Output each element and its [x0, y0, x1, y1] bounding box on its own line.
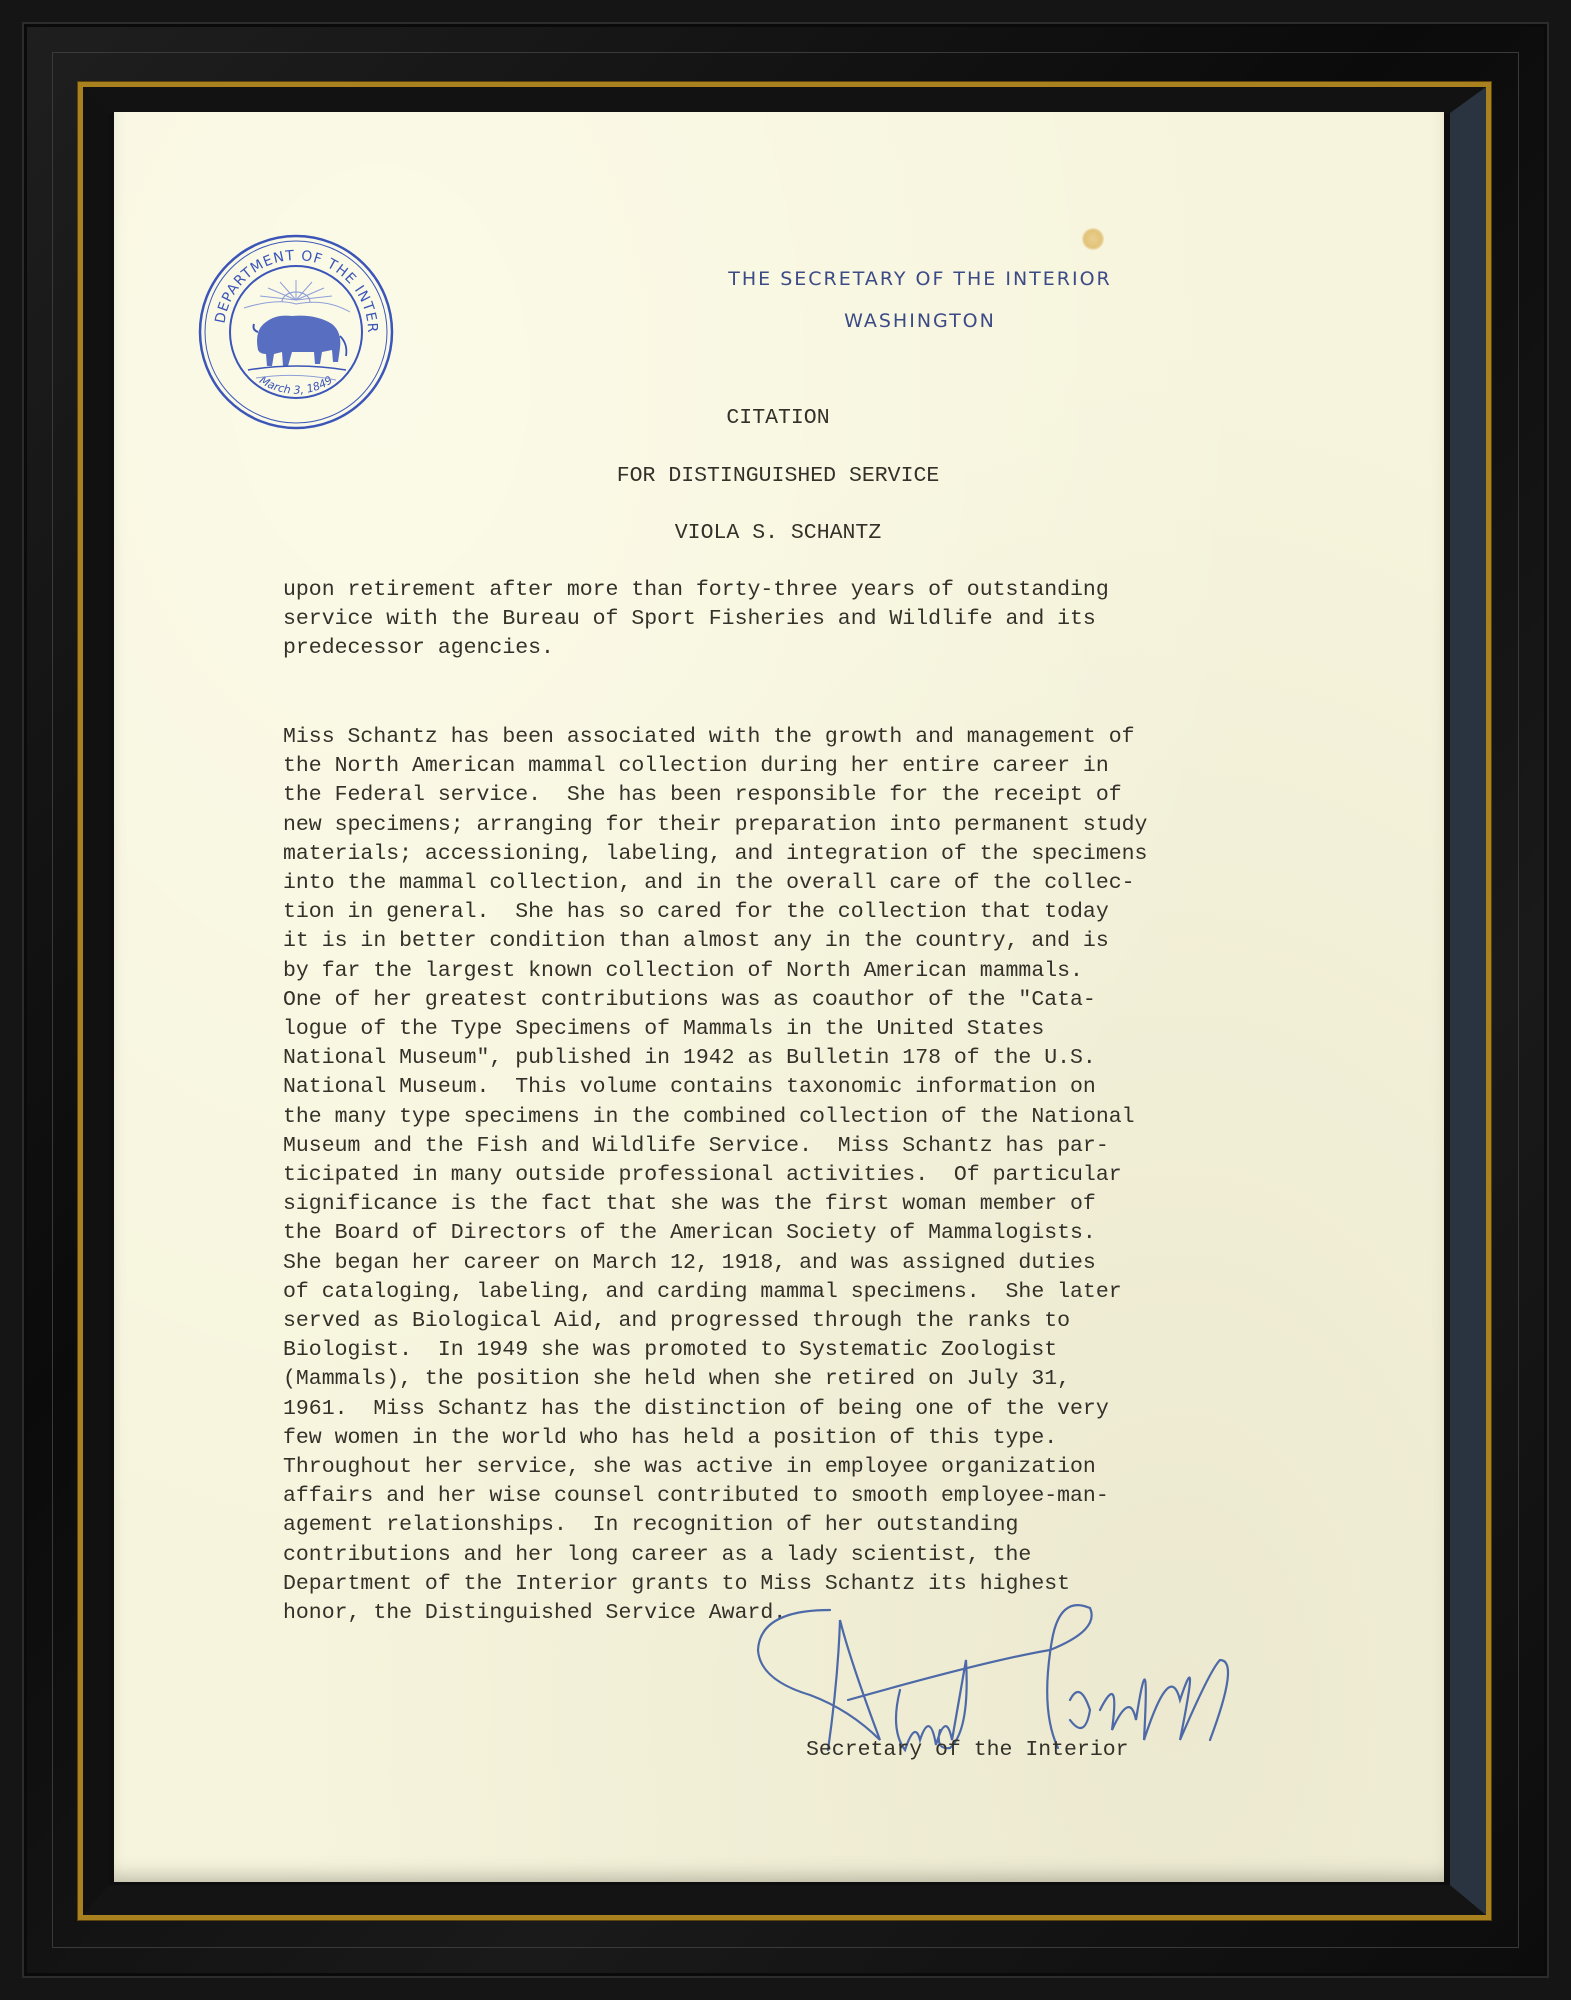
text-line: Department of the Interior grants to Mis…: [283, 1570, 1147, 1599]
text-line: National Museum", published in 1942 as B…: [283, 1044, 1147, 1073]
text-line: National Museum. This volume contains ta…: [283, 1073, 1147, 1102]
text-line: the North American mammal collection dur…: [283, 752, 1147, 781]
main-paragraph: Miss Schantz has been associated with th…: [283, 723, 1147, 1628]
intro-paragraph: upon retirement after more than forty-th…: [283, 576, 1109, 664]
text-line: of cataloging, labeling, and carding mam…: [283, 1278, 1147, 1307]
text-line: few women in the world who has held a po…: [283, 1424, 1147, 1453]
text-line: affairs and her wise counsel contributed…: [283, 1482, 1147, 1511]
text-line: Biologist. In 1949 she was promoted to S…: [283, 1336, 1147, 1365]
text-line: significance is the fact that she was th…: [283, 1190, 1147, 1219]
text-line: One of her greatest contributions was as…: [283, 986, 1147, 1015]
department-of-interior-seal-icon: U.S. DEPARTMENT OF THE INTERIOR March 3,…: [196, 232, 396, 432]
text-line: the many type specimens in the combined …: [283, 1103, 1147, 1132]
text-line: new specimens; arranging for their prepa…: [283, 811, 1147, 840]
text-line: Throughout her service, she was active i…: [283, 1453, 1147, 1482]
letterhead-title: THE SECRETARY OF THE INTERIOR: [600, 268, 1240, 290]
citation-title: CITATION: [328, 404, 1228, 433]
text-line: tion in general. She has so cared for th…: [283, 898, 1147, 927]
text-line: 1961. Miss Schantz has the distinction o…: [283, 1395, 1147, 1424]
text-line: into the mammal collection, and in the o…: [283, 869, 1147, 898]
text-line: logue of the Type Specimens of Mammals i…: [283, 1015, 1147, 1044]
text-line: She began her career on March 12, 1918, …: [283, 1249, 1147, 1278]
text-line: the Federal service. She has been respon…: [283, 781, 1147, 810]
text-line: (Mammals), the position she held when sh…: [283, 1365, 1147, 1394]
text-line: materials; accessioning, labeling, and i…: [283, 840, 1147, 869]
text-line: it is in better condition than almost an…: [283, 927, 1147, 956]
text-line: contributions and her long career as a l…: [283, 1541, 1147, 1570]
citation-subtitle: FOR DISTINGUISHED SERVICE: [328, 462, 1228, 491]
text-line: ticipated in many outside professional a…: [283, 1161, 1147, 1190]
recipient-name: VIOLA S. SCHANTZ: [328, 519, 1228, 548]
text-line: served as Biological Aid, and progressed…: [283, 1307, 1147, 1336]
text-line: the Board of Directors of the American S…: [283, 1219, 1147, 1248]
text-line: Museum and the Fish and Wildlife Service…: [283, 1132, 1147, 1161]
text-line: Miss Schantz has been associated with th…: [283, 723, 1147, 752]
text-line: predecessor agencies.: [283, 634, 1109, 663]
paper-stain: [1082, 228, 1104, 250]
text-line: agement relationships. In recognition of…: [283, 1511, 1147, 1540]
letterhead-city: WASHINGTON: [600, 310, 1240, 332]
text-line: by far the largest known collection of N…: [283, 957, 1147, 986]
text-line: service with the Bureau of Sport Fisheri…: [283, 605, 1109, 634]
signatory-title: Secretary of the Interior: [806, 1736, 1129, 1765]
text-line: upon retirement after more than forty-th…: [283, 576, 1109, 605]
